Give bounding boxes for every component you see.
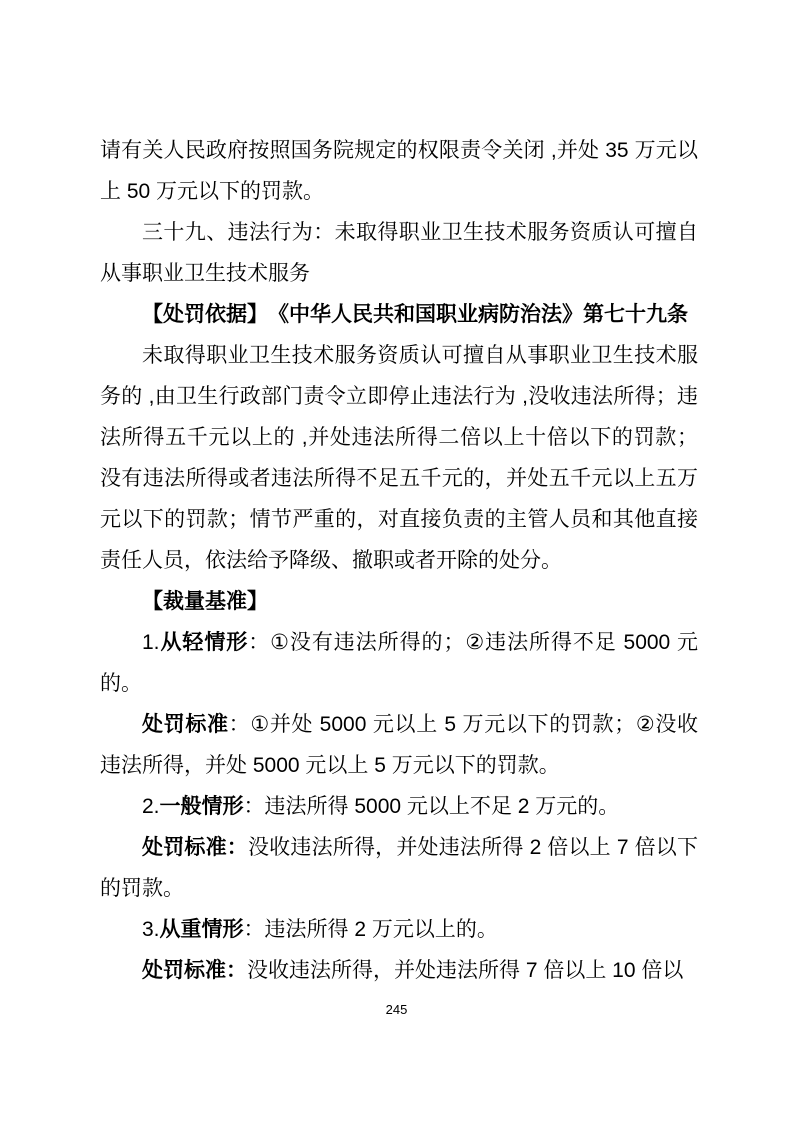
text-run: 从轻情形: [160, 631, 249, 654]
paragraph: 【裁量基准】: [100, 581, 698, 622]
text-run: 处罚标准: [142, 713, 229, 736]
paragraph: 三十九、违法行为：未取得职业卫生技术服务资质认可擅自从事职业卫生技术服务: [100, 212, 698, 294]
paragraph: 3.从重情形：违法所得 2 万元以上的。: [100, 909, 698, 950]
text-run: 2.: [142, 795, 160, 818]
text-run: 1.: [142, 631, 160, 654]
text-run: 3.: [142, 918, 160, 941]
document-body: 请有关人民政府按照国务院规定的权限责令关闭 ,并处 35 万元以上 50 万元以…: [100, 130, 698, 991]
text-run: 没收违法所得，并处违法所得 7 倍以上 10 倍以: [247, 959, 683, 982]
paragraph: 【处罚依据】 《中华人民共和国职业病防治法》第七十九条: [100, 294, 698, 335]
paragraph: 2.一般情形：违法所得 5000 元以上不足 2 万元的。: [100, 786, 698, 827]
text-run: 三十九、违法行为：未取得职业卫生技术服务资质认可擅自从事职业卫生技术服务: [100, 221, 698, 285]
text-run: 处罚标准：: [142, 836, 248, 859]
text-run: 【裁量基准】: [142, 590, 268, 613]
text-run: 处罚标准：: [142, 959, 247, 982]
paragraph: 处罚标准：没收违法所得，并处违法所得 2 倍以上 7 倍以下的罚款。: [100, 827, 698, 909]
text-run: 未取得职业卫生技术服务资质认可擅自从事职业卫生技术服务的 ,由卫生行政部门责令立…: [100, 344, 698, 572]
text-run: ：违法所得 5000 元以上不足 2 万元的。: [244, 795, 620, 818]
text-run: ：违法所得 2 万元以上的。: [244, 918, 498, 941]
document-page: 请有关人民政府按照国务院规定的权限责令关闭 ,并处 35 万元以上 50 万元以…: [0, 0, 793, 1122]
paragraph: 处罚标准：①并处 5000 元以上 5 万元以下的罚款；②没收违法所得，并处 5…: [100, 704, 698, 786]
text-run: 从重情形: [160, 918, 244, 941]
paragraph: 未取得职业卫生技术服务资质认可擅自从事职业卫生技术服务的 ,由卫生行政部门责令立…: [100, 335, 698, 581]
paragraph: 处罚标准：没收违法所得，并处违法所得 7 倍以上 10 倍以: [100, 950, 698, 991]
paragraph: 1.从轻情形：①没有违法所得的；②违法所得不足 5000 元的。: [100, 622, 698, 704]
text-run: 一般情形: [160, 795, 244, 818]
page-number: 245: [0, 1000, 793, 1020]
text-run: 请有关人民政府按照国务院规定的权限责令关闭 ,并处 35 万元以上 50 万元以…: [100, 139, 698, 203]
paragraph: 请有关人民政府按照国务院规定的权限责令关闭 ,并处 35 万元以上 50 万元以…: [100, 130, 698, 212]
text-run: 【处罚依据】 《中华人民共和国职业病防治法》第七十九条: [142, 303, 688, 326]
